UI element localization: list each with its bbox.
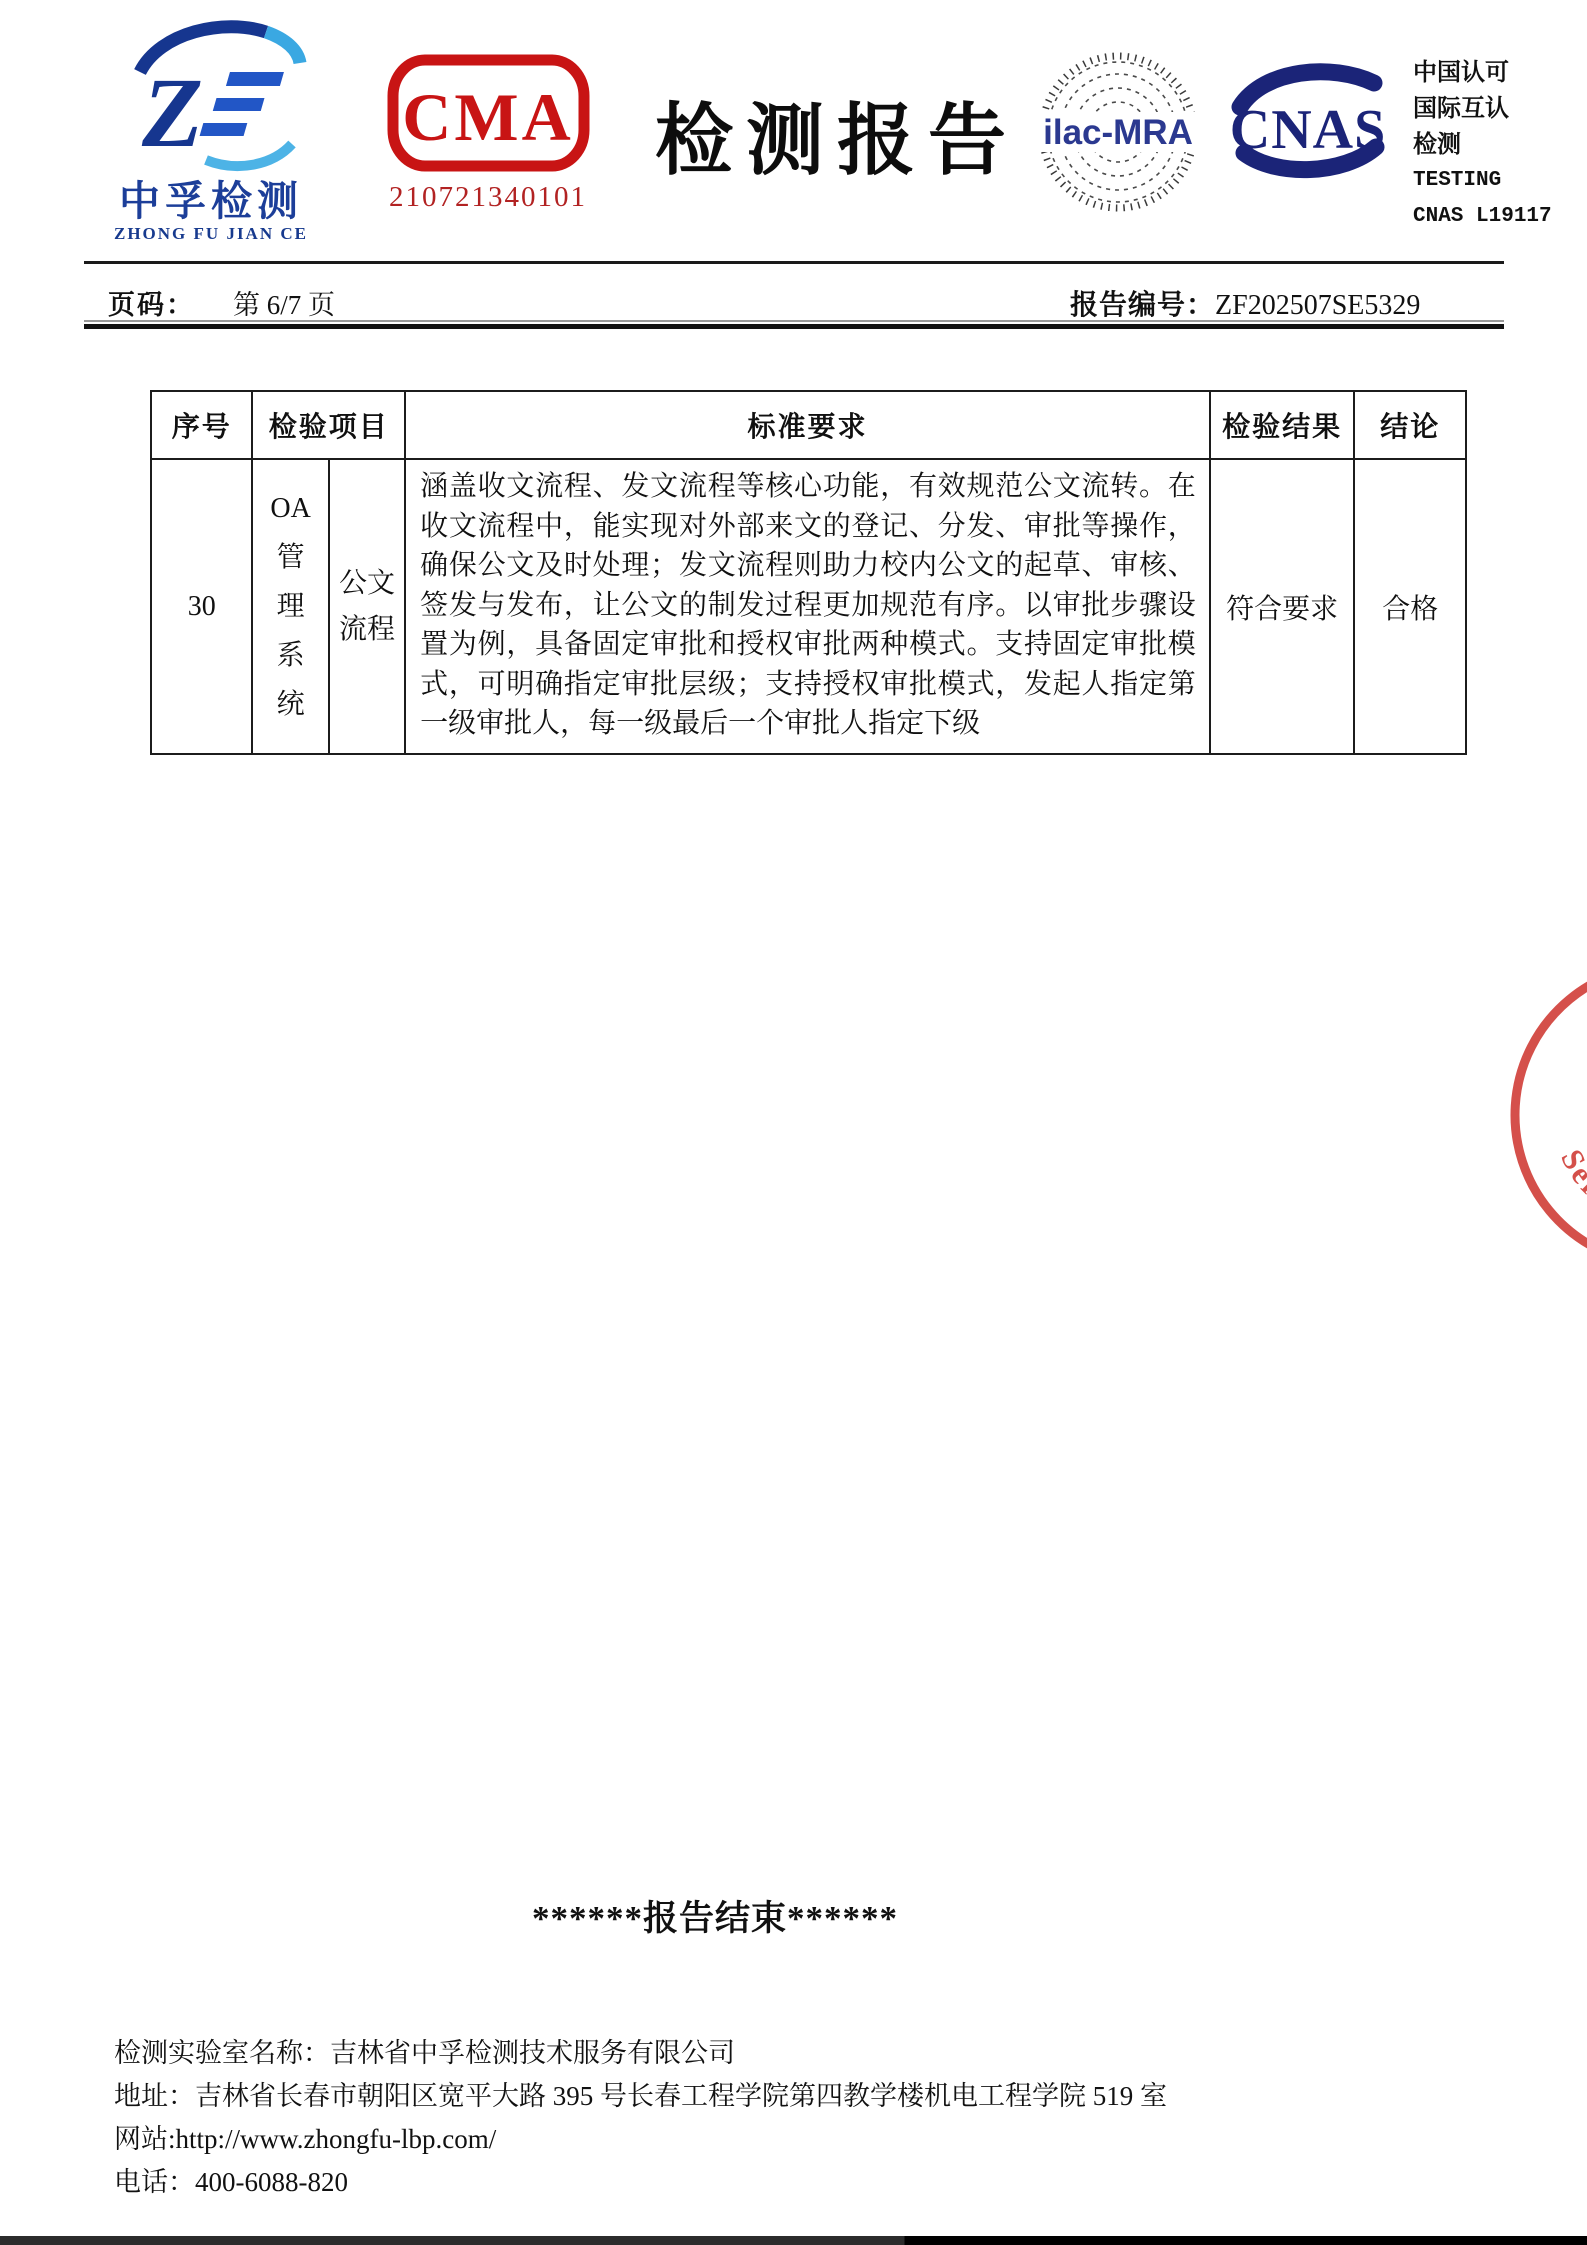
inspection-table: 序号 检验项目 标准要求 检验结果 结论 30 OA 管 理 系 统 公文 流程…: [150, 390, 1467, 755]
accreditation-line: TESTING: [1413, 163, 1583, 199]
lab-name-line: 检测实验室名称：吉林省中孚检测技术服务有限公司: [114, 2032, 1514, 2075]
top-rule: [84, 261, 1504, 264]
lab-contact-info: 检测实验室名称：吉林省中孚检测技术服务有限公司 地址：吉林省长春市朝阳区宽平大路…: [114, 2032, 1514, 2204]
page-number: 页码：第 6/7 页: [108, 283, 335, 322]
ilac-mra-icon: ilac-MRA: [1033, 52, 1203, 212]
col-header-result: 检验结果: [1210, 391, 1355, 459]
requirement-text: 涵盖收文流程、发文流程等核心功能，有效规范公文流转。在收文流程中，能实现对外部来…: [406, 460, 1209, 753]
col-header-requirement: 标准要求: [405, 391, 1210, 459]
ilac-mra-mark: ilac-MRA: [1033, 52, 1203, 217]
item-group-text: OA 管 理 系 统: [253, 484, 327, 729]
company-seal-stamp: Service Co., Ltd 有限公司: [1470, 935, 1587, 1295]
zf-f-bars: [200, 72, 284, 136]
cell-item-group: OA 管 理 系 统: [252, 459, 328, 754]
lab-phone-line: 电话：400-6088-820: [114, 2161, 1514, 2204]
zhongfu-logo-icon: Z: [106, 16, 316, 174]
svg-text:Z: Z: [141, 57, 203, 168]
accreditation-line: 国际互认: [1413, 91, 1583, 127]
report-number-label: 报告编号：: [1070, 290, 1215, 321]
page-number-value: 第 6/7 页: [233, 290, 335, 320]
header-divider-thin: [84, 320, 1504, 322]
col-header-seq: 序号: [151, 391, 252, 459]
cma-mark: CMA 210721340101: [383, 52, 593, 214]
document-title: 检测报告: [655, 78, 1025, 190]
header-divider-thick: [84, 324, 1504, 329]
cnas-mark: CNAS: [1222, 55, 1394, 192]
col-header-item: 检验项目: [252, 391, 405, 459]
cma-number: 210721340101: [383, 181, 593, 214]
zhongfu-logo-en: ZHONG FU JIAN CE: [88, 223, 334, 245]
cma-icon: CMA: [385, 52, 592, 174]
page-number-label: 页码：: [108, 290, 195, 320]
report-number: 报告编号：ZF202507SE5329: [1070, 283, 1420, 323]
lab-website-line: 网站:http://www.zhongfu-lbp.com/: [114, 2118, 1514, 2161]
page-bottom-edge: [0, 2236, 1587, 2245]
item-sub-text: 公文 流程: [330, 561, 404, 653]
accreditation-line: CNAS L19117: [1413, 199, 1583, 235]
cell-seq: 30: [151, 459, 252, 754]
report-page: Z 中孚检测 ZHONG FU JIAN CE CMA 210721340101…: [0, 0, 1587, 2245]
cma-label: CMA: [402, 79, 573, 155]
table-header-row: 序号 检验项目 标准要求 检验结果 结论: [151, 391, 1466, 459]
cnas-icon: CNAS: [1222, 55, 1394, 187]
accreditation-text: 中国认可 国际互认 检测 TESTING CNAS L19117: [1413, 55, 1583, 235]
ilac-mra-label: ilac-MRA: [1043, 113, 1193, 152]
report-number-value: ZF202507SE5329: [1215, 290, 1420, 321]
accreditation-line: 检测: [1413, 127, 1583, 163]
report-end-marker: ******报告结束******: [0, 1891, 1430, 1941]
cell-conclusion: 合格: [1354, 459, 1466, 754]
lab-address-line: 地址：吉林省长春市朝阳区宽平大路 395 号长春工程学院第四教学楼机电工程学院 …: [114, 2075, 1514, 2118]
col-header-conclusion: 结论: [1354, 391, 1466, 459]
table-row: 30 OA 管 理 系 统 公文 流程 涵盖收文流程、发文流程等核心功能，有效规…: [151, 459, 1466, 754]
cell-item-sub: 公文 流程: [329, 459, 405, 754]
cell-result: 符合要求: [1210, 459, 1355, 754]
zhongfu-logo-cn: 中孚检测: [88, 179, 334, 223]
cell-requirement: 涵盖收文流程、发文流程等核心功能，有效规范公文流转。在收文流程中，能实现对外部来…: [405, 459, 1210, 754]
zhongfu-logo: Z 中孚检测 ZHONG FU JIAN CE: [88, 16, 334, 245]
accreditation-line: 中国认可: [1413, 55, 1583, 91]
